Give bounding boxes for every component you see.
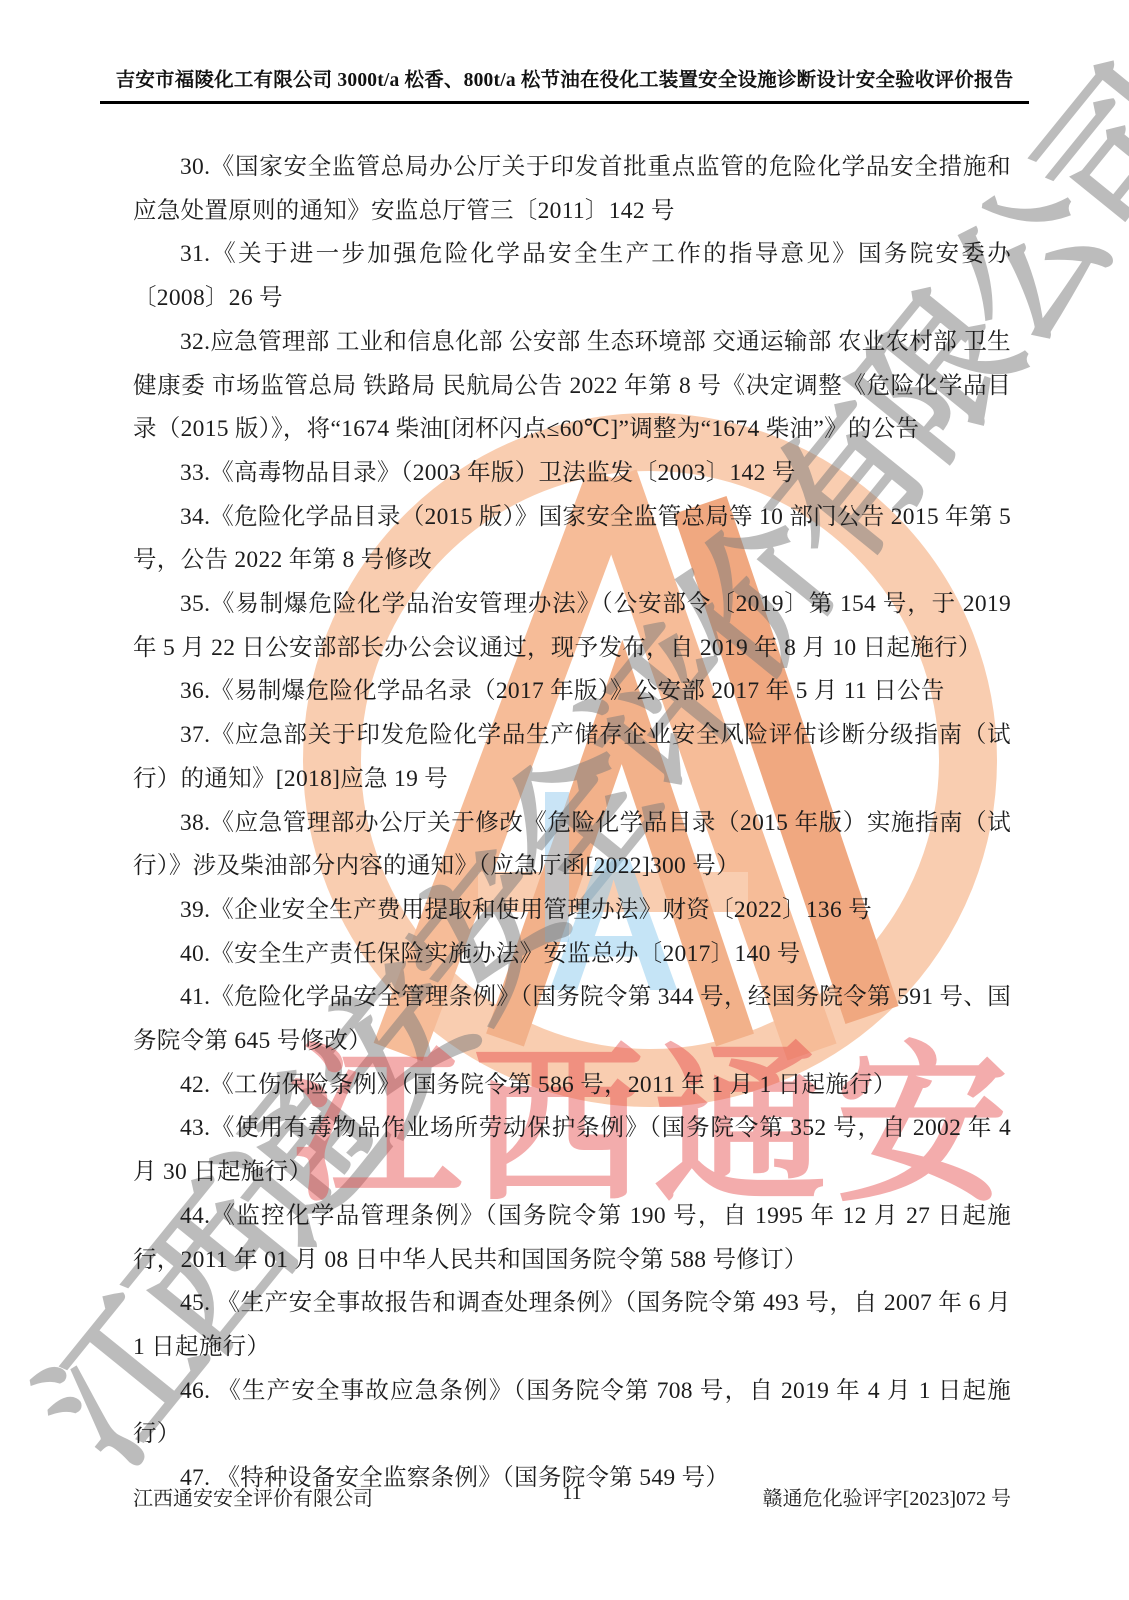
list-item: 30.《国家安全监管总局办公厅关于印发首批重点监管的危险化学品安全措施和应急处置…	[133, 146, 1011, 233]
list-item: 44.《监控化学品管理条例》（国务院令第 190 号，自 1995 年 12 月…	[133, 1195, 1011, 1282]
list-item: 32.应急管理部 工业和信息化部 公安部 生态环境部 交通运输部 农业农村部 卫…	[133, 321, 1011, 452]
regulation-list: 30.《国家安全监管总局办公厅关于印发首批重点监管的危险化学品安全措施和应急处置…	[133, 146, 1011, 1501]
list-item: 34.《危险化学品目录（2015 版）》国家安全监管总局等 10 部门公告 20…	[133, 496, 1011, 583]
list-item: 43.《使用有毒物品作业场所劳动保护条例》（国务院令第 352 号，自 2002…	[133, 1107, 1011, 1194]
page-footer: 江西通安安全评价有限公司 11 赣通危化验评字[2023]072 号	[133, 1482, 1011, 1512]
list-item: 46. 《生产安全事故应急条例》（国务院令第 708 号，自 2019 年 4 …	[133, 1370, 1011, 1457]
page-content: 吉安市福陵化工有限公司 3000t/a 松香、800t/a 松节油在役化工装置安…	[0, 0, 1129, 1600]
list-item: 39.《企业安全生产费用提取和使用管理办法》财资〔2022〕136 号	[133, 889, 1011, 933]
list-item: 36.《易制爆危险化学品名录（2017 年版）》公安部 2017 年 5 月 1…	[133, 670, 1011, 714]
footer-page-number: 11	[562, 1482, 581, 1505]
list-item: 42.《工伤保险条例》（国务院令第 586 号，2011 年 1 月 1 日起施…	[133, 1064, 1011, 1108]
footer-doc-number: 赣通危化验评字[2023]072 号	[763, 1482, 1011, 1511]
list-item: 31.《关于进一步加强危险化学品安全生产工作的指导意见》国务院安委办〔2008〕…	[133, 233, 1011, 320]
page-header-title: 吉安市福陵化工有限公司 3000t/a 松香、800t/a 松节油在役化工装置安…	[100, 64, 1029, 104]
list-item: 40.《安全生产责任保险实施办法》安监总办〔2017〕140 号	[133, 933, 1011, 977]
list-item: 38.《应急管理部办公厅关于修改《危险化学品目录（2015 年版）实施指南（试行…	[133, 802, 1011, 889]
list-item: 37.《应急部关于印发危险化学品生产储存企业安全风险评估诊断分级指南（试行）的通…	[133, 714, 1011, 801]
list-item: 41.《危险化学品安全管理条例》（国务院令第 344 号，经国务院令第 591 …	[133, 976, 1011, 1063]
list-item: 33.《高毒物品目录》（2003 年版）卫法监发〔2003〕142 号	[133, 452, 1011, 496]
footer-company: 江西通安安全评价有限公司	[133, 1482, 373, 1511]
list-item: 45. 《生产安全事故报告和调查处理条例》（国务院令第 493 号，自 2007…	[133, 1282, 1011, 1369]
list-item: 35.《易制爆危险化学品治安管理办法》（公安部令〔2019〕第 154 号，于 …	[133, 583, 1011, 670]
document-page: 江西通安安全评价有限公司 A 江西通安 吉安市福陵化工有限公司 3000t/a …	[0, 0, 1129, 1600]
